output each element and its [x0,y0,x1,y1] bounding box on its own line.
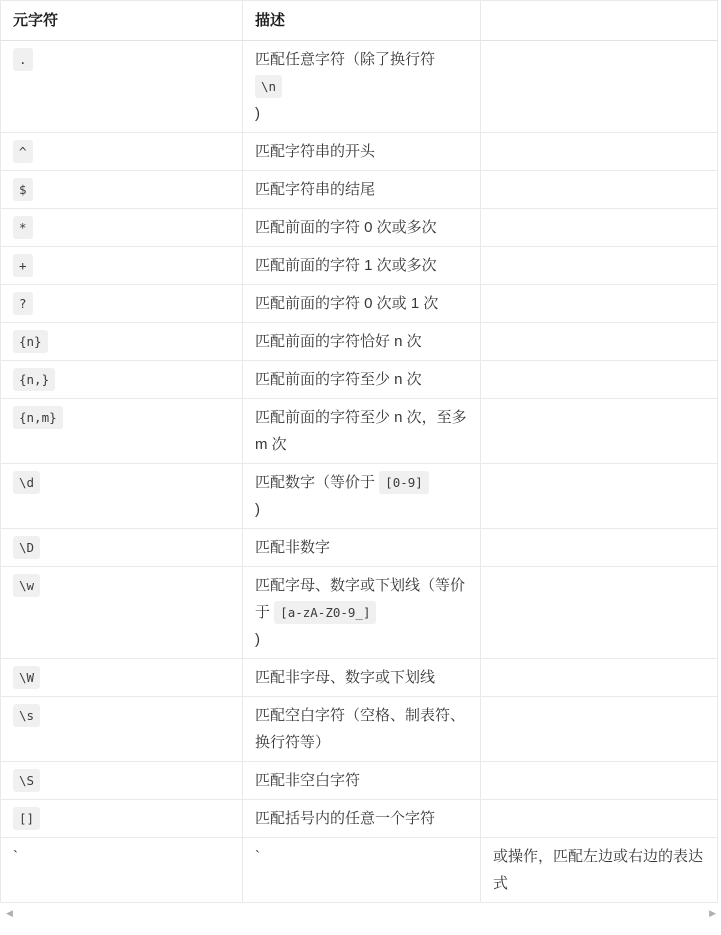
table-cell [481,567,718,659]
table-cell: 匹配字符串的结尾 [243,171,481,209]
inline-code: ? [13,292,33,315]
table-cell: 匹配前面的字符至少 n 次 [243,361,481,399]
inline-code: \n [255,75,282,98]
table-cell: \D [1,529,243,567]
table-row: \S匹配非空白字符 [1,762,718,800]
table-cell: {n} [1,323,243,361]
inline-code: {n} [13,330,48,353]
table-cell: $ [1,171,243,209]
table-cell [481,762,718,800]
table-row: ^匹配字符串的开头 [1,133,718,171]
table-cell [481,209,718,247]
table-cell [481,529,718,567]
table-cell: 或操作，匹配左边或右边的表达式 [481,838,718,903]
table-row: +匹配前面的字符 1 次或多次 [1,247,718,285]
table-cell: 匹配前面的字符 0 次或 1 次 [243,285,481,323]
table-cell: ^ [1,133,243,171]
table-row: \d匹配数字（等价于 [0-9]) [1,464,718,529]
inline-code: {n,m} [13,406,63,429]
table-cell: 匹配括号内的任意一个字符 [243,800,481,838]
table-cell [481,697,718,762]
table-cell: 匹配前面的字符 0 次或多次 [243,209,481,247]
inline-code: + [13,254,33,277]
table-row: {n}匹配前面的字符恰好 n 次 [1,323,718,361]
inline-code: {n,} [13,368,55,391]
table-cell: {n,} [1,361,243,399]
column-header-extra [481,1,718,41]
table-row: {n,m}匹配前面的字符至少 n 次，至多 m 次 [1,399,718,464]
table-cell: + [1,247,243,285]
table-header-row: 元字符 描述 [1,1,718,41]
table-cell: 匹配数字（等价于 [0-9]) [243,464,481,529]
table-row: .匹配任意字符（除了换行符\n) [1,41,718,133]
table-cell: ? [1,285,243,323]
inline-code: \s [13,704,40,727]
table-cell [481,800,718,838]
table-cell [481,247,718,285]
table-cell: . [1,41,243,133]
markdown-page: 元字符 描述 .匹配任意字符（除了换行符\n)^匹配字符串的开头$匹配字符串的结… [0,0,721,935]
table-cell [481,464,718,529]
table-body: .匹配任意字符（除了换行符\n)^匹配字符串的开头$匹配字符串的结尾*匹配前面的… [1,41,718,903]
inline-code: [] [13,807,40,830]
horizontal-scrollbar[interactable]: ◀ ▶ [0,903,721,925]
table-cell: ` [1,838,243,903]
table-cell: \w [1,567,243,659]
table-cell: 匹配非空白字符 [243,762,481,800]
inline-code: \w [13,574,40,597]
table-cell: 匹配非数字 [243,529,481,567]
table-cell: 匹配前面的字符恰好 n 次 [243,323,481,361]
table-cell: 匹配空白字符（空格、制表符、换行符等） [243,697,481,762]
table-cell: * [1,209,243,247]
table-cell [481,41,718,133]
table-cell: 匹配字符串的开头 [243,133,481,171]
table-cell: 匹配前面的字符至少 n 次，至多 m 次 [243,399,481,464]
table-row: ``或操作，匹配左边或右边的表达式 [1,838,718,903]
inline-code: \D [13,536,40,559]
table-row: \s匹配空白字符（空格、制表符、换行符等） [1,697,718,762]
table-cell: \S [1,762,243,800]
inline-code: [0-9] [379,471,429,494]
scroll-right-icon[interactable]: ▶ [709,906,716,920]
inline-code: [a-zA-Z0-9_] [274,601,376,624]
table-row: \D匹配非数字 [1,529,718,567]
table-row: \w匹配字母、数字或下划线（等价于 [a-zA-Z0-9_]) [1,567,718,659]
table-cell: \W [1,659,243,697]
table-cell: ` [243,838,481,903]
inline-code: * [13,216,33,239]
column-header-metacharacter: 元字符 [1,1,243,41]
table-row: ?匹配前面的字符 0 次或 1 次 [1,285,718,323]
regex-metacharacter-table: 元字符 描述 .匹配任意字符（除了换行符\n)^匹配字符串的开头$匹配字符串的结… [0,0,718,903]
table-row: $匹配字符串的结尾 [1,171,718,209]
table-cell [481,171,718,209]
table-cell [481,133,718,171]
table-cell [481,285,718,323]
column-header-description: 描述 [243,1,481,41]
table-cell: 匹配非字母、数字或下划线 [243,659,481,697]
inline-code: \d [13,471,40,494]
table-cell [481,399,718,464]
table-cell: [] [1,800,243,838]
table-row: []匹配括号内的任意一个字符 [1,800,718,838]
inline-code: . [13,48,33,71]
table-row: {n,}匹配前面的字符至少 n 次 [1,361,718,399]
table-cell: {n,m} [1,399,243,464]
table-cell: 匹配任意字符（除了换行符\n) [243,41,481,133]
table-row: *匹配前面的字符 0 次或多次 [1,209,718,247]
inline-code: \W [13,666,40,689]
table-cell [481,323,718,361]
table-cell: \d [1,464,243,529]
inline-code: \S [13,769,40,792]
table-cell: \s [1,697,243,762]
table-cell: 匹配前面的字符 1 次或多次 [243,247,481,285]
table-row: \W匹配非字母、数字或下划线 [1,659,718,697]
scroll-left-icon[interactable]: ◀ [6,906,13,920]
table-cell: 匹配字母、数字或下划线（等价于 [a-zA-Z0-9_]) [243,567,481,659]
table-cell [481,659,718,697]
table-cell [481,361,718,399]
inline-code: $ [13,178,33,201]
inline-code: ^ [13,140,33,163]
